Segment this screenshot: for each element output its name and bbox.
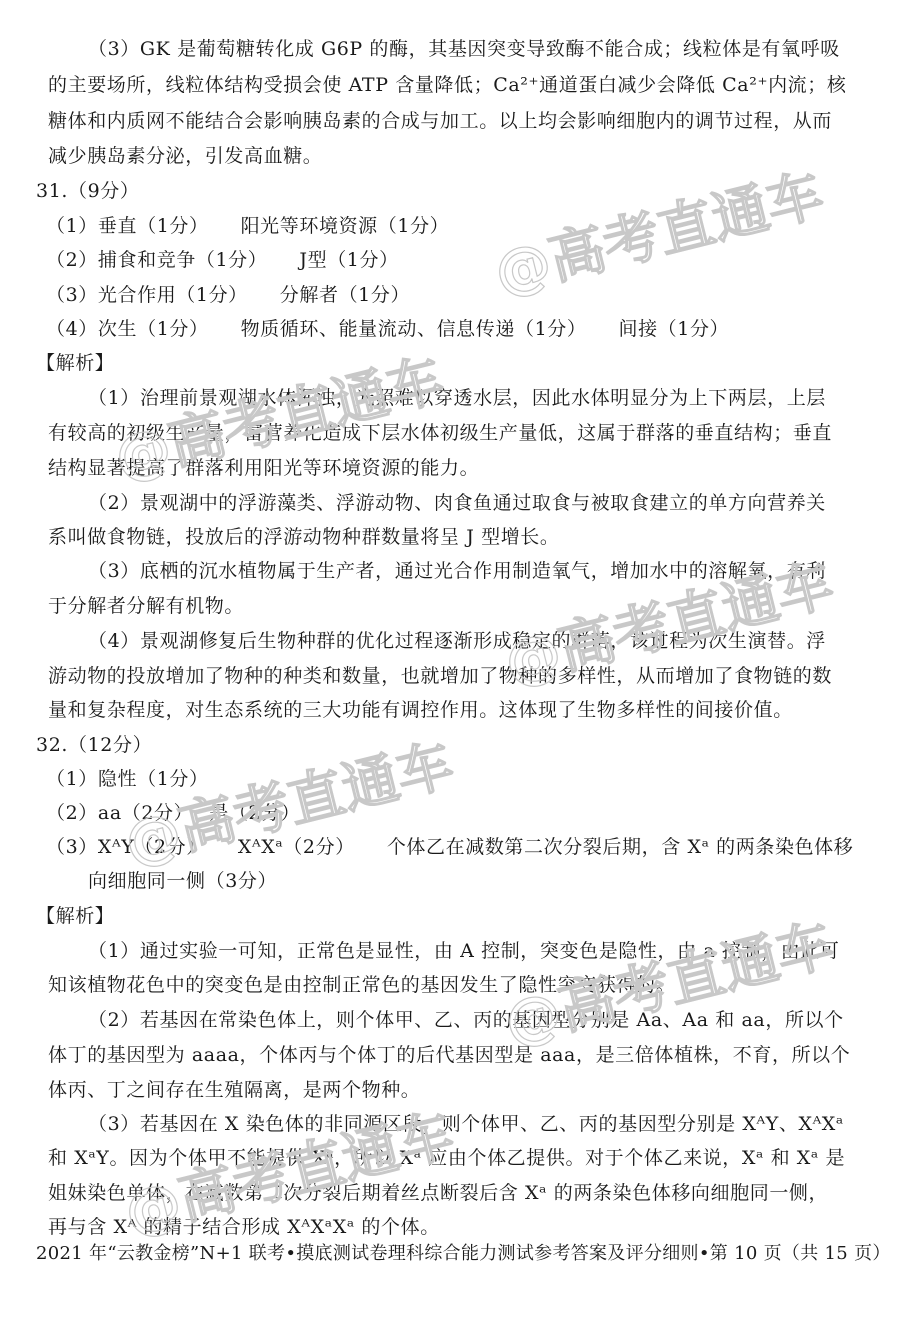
q31-a1-part2: 阳光等环境资源（1分） xyxy=(241,215,450,237)
q32-heading: 32.（12分） xyxy=(36,732,846,758)
q31-a2-part2: J型（1分） xyxy=(299,249,398,271)
q32-analysis-label: 【解析】 xyxy=(36,903,846,929)
q31-a2-part1: （2）捕食和竞争（1分） xyxy=(46,249,267,271)
q31-analysis-line: （3）底栖的沉水植物属于生产者，通过光合作用制造氧气，增加水中的溶解氧，有利 xyxy=(88,558,858,584)
q32-a3-part1: （3）XᴬY（2分） xyxy=(46,836,206,858)
q32-a2-part2: 是（2分） xyxy=(209,802,300,824)
q32-a3-part3: 个体乙在减数第二次分裂后期，含 Xᵃ 的两条染色体移 xyxy=(387,836,854,858)
q32-analysis-line: （3）若基因在 X 染色体的非同源区段，则个体甲、乙、丙的基因型分别是 XᴬY、… xyxy=(88,1111,858,1137)
document-page: （3）GK 是葡萄糖转化成 G6P 的酶，其基因突变导致酶不能合成；线粒体是有氧… xyxy=(0,0,900,1329)
q31-analysis-label: 【解析】 xyxy=(36,350,846,376)
intro-line-3: 糖体和内质网不能结合会影响胰岛素的合成与加工。以上均会影响细胞内的调节过程，从而 xyxy=(48,108,858,134)
q31-answer-3: （3）光合作用（1分）分解者（1分） xyxy=(46,282,856,308)
q31-analysis-line: （4）景观湖修复后生物种群的优化过程逐渐形成稳定的群落，该过程为次生演替。浮 xyxy=(88,628,858,654)
intro-line-1: （3）GK 是葡萄糖转化成 G6P 的酶，其基因突变导致酶不能合成；线粒体是有氧… xyxy=(88,36,858,62)
q32-a2-part1: （2）aa（2分） xyxy=(46,802,193,824)
q32-analysis-line: 体丙、丁之间存在生殖隔离，是两个物种。 xyxy=(48,1077,858,1103)
q31-analysis-line: 有较高的初级生产量，富营养化造成下层水体初级生产量低，这属于群落的垂直结构；垂直 xyxy=(48,420,858,446)
q31-analysis-line: 量和复杂程度，对生态系统的三大功能有调控作用。这体现了生物多样性的间接价值。 xyxy=(48,697,858,723)
q31-answer-4: （4）次生（1分）物质循环、能量流动、信息传递（1分）间接（1分） xyxy=(46,316,856,342)
q31-analysis-line: 于分解者分解有机物。 xyxy=(48,593,858,619)
intro-line-2: 的主要场所，线粒体结构受损会使 ATP 含量降低；Ca²⁺通道蛋白减少会降低 C… xyxy=(48,72,858,98)
q31-a4-part3: 间接（1分） xyxy=(618,318,729,340)
q31-analysis-line: （2）景观湖中的浮游藻类、浮游动物、肉食鱼通过取食与被取食建立的单方向营养关 xyxy=(88,490,858,516)
q32-analysis-line: 姐妹染色单体，在减数第二次分裂后期着丝点断裂后含 Xᵃ 的两条染色体移向细胞同一… xyxy=(48,1180,858,1206)
q31-analysis-line: （1）治理前景观湖水体浑浊，光照难以穿透水层，因此水体明显分为上下两层，上层 xyxy=(88,385,858,411)
q31-answer-1: （1）垂直（1分）阳光等环境资源（1分） xyxy=(46,213,856,239)
q32-a3-continued: 向细胞同一侧（3分） xyxy=(88,870,277,892)
q32-analysis-line: （1）通过实验一可知，正常色是显性，由 A 控制，突变色是隐性，由 a 控制，由… xyxy=(88,938,858,964)
q31-a3-part1: （3）光合作用（1分） xyxy=(46,284,248,306)
q32-analysis-line: （2）若基因在常染色体上，则个体甲、乙、丙的基因型分别是 Aa、Aa 和 aa，… xyxy=(88,1007,858,1033)
q31-a4-part2: 物质循环、能量流动、信息传递（1分） xyxy=(241,318,587,340)
q31-answer-2: （2）捕食和竞争（1分）J型（1分） xyxy=(46,247,856,273)
q32-answer-3-cont: 向细胞同一侧（3分） xyxy=(88,868,898,894)
q32-analysis-line: 知该植物花色中的突变色是由控制正常色的基因发生了隐性突变获得的。 xyxy=(48,972,858,998)
q32-answer-2: （2）aa（2分）是（2分） xyxy=(46,800,856,826)
q31-analysis-line: 系叫做食物链，投放后的浮游动物种群数量将呈 J 型增长。 xyxy=(48,524,858,550)
q32-analysis-line: 和 XᵃY。因为个体甲不能提供 Xᵃ，所以 Xᵃ 应由个体乙提供。对于个体乙来说… xyxy=(48,1145,858,1171)
q32-analysis-line: 体丁的基因型为 aaaa，个体丙与个体丁的后代基因型是 aaa，是三倍体植株，不… xyxy=(48,1042,858,1068)
q31-analysis-line: 结构显著提高了群落利用阳光等环境资源的能力。 xyxy=(48,455,858,481)
q32-a3-part2: XᴬXᵃ（2分） xyxy=(238,836,355,858)
q31-a1-part1: （1）垂直（1分） xyxy=(46,215,209,237)
q32-a1-part1: （1）隐性（1分） xyxy=(46,768,209,790)
q31-a3-part2: 分解者（1分） xyxy=(280,284,410,306)
q31-a4-part1: （4）次生（1分） xyxy=(46,318,209,340)
q32-analysis-line: 再与含 Xᴬ 的精子结合形成 XᴬXᵃXᵃ 的个体。 xyxy=(48,1214,858,1240)
q32-answer-3: （3）XᴬY（2分）XᴬXᵃ（2分）个体乙在减数第二次分裂后期，含 Xᵃ 的两条… xyxy=(46,834,856,860)
q31-heading: 31.（9分） xyxy=(36,178,846,204)
q32-answer-1: （1）隐性（1分） xyxy=(46,766,856,792)
page-footer: 2021 年“云教金榜”N+1 联考•摸底测试卷理科综合能力测试参考答案及评分细… xyxy=(36,1242,876,1266)
intro-line-4: 减少胰岛素分泌，引发高血糖。 xyxy=(48,143,858,169)
q31-analysis-line: 游动物的投放增加了物种的种类和数量，也就增加了物种的多样性，从而增加了食物链的数 xyxy=(48,663,858,689)
